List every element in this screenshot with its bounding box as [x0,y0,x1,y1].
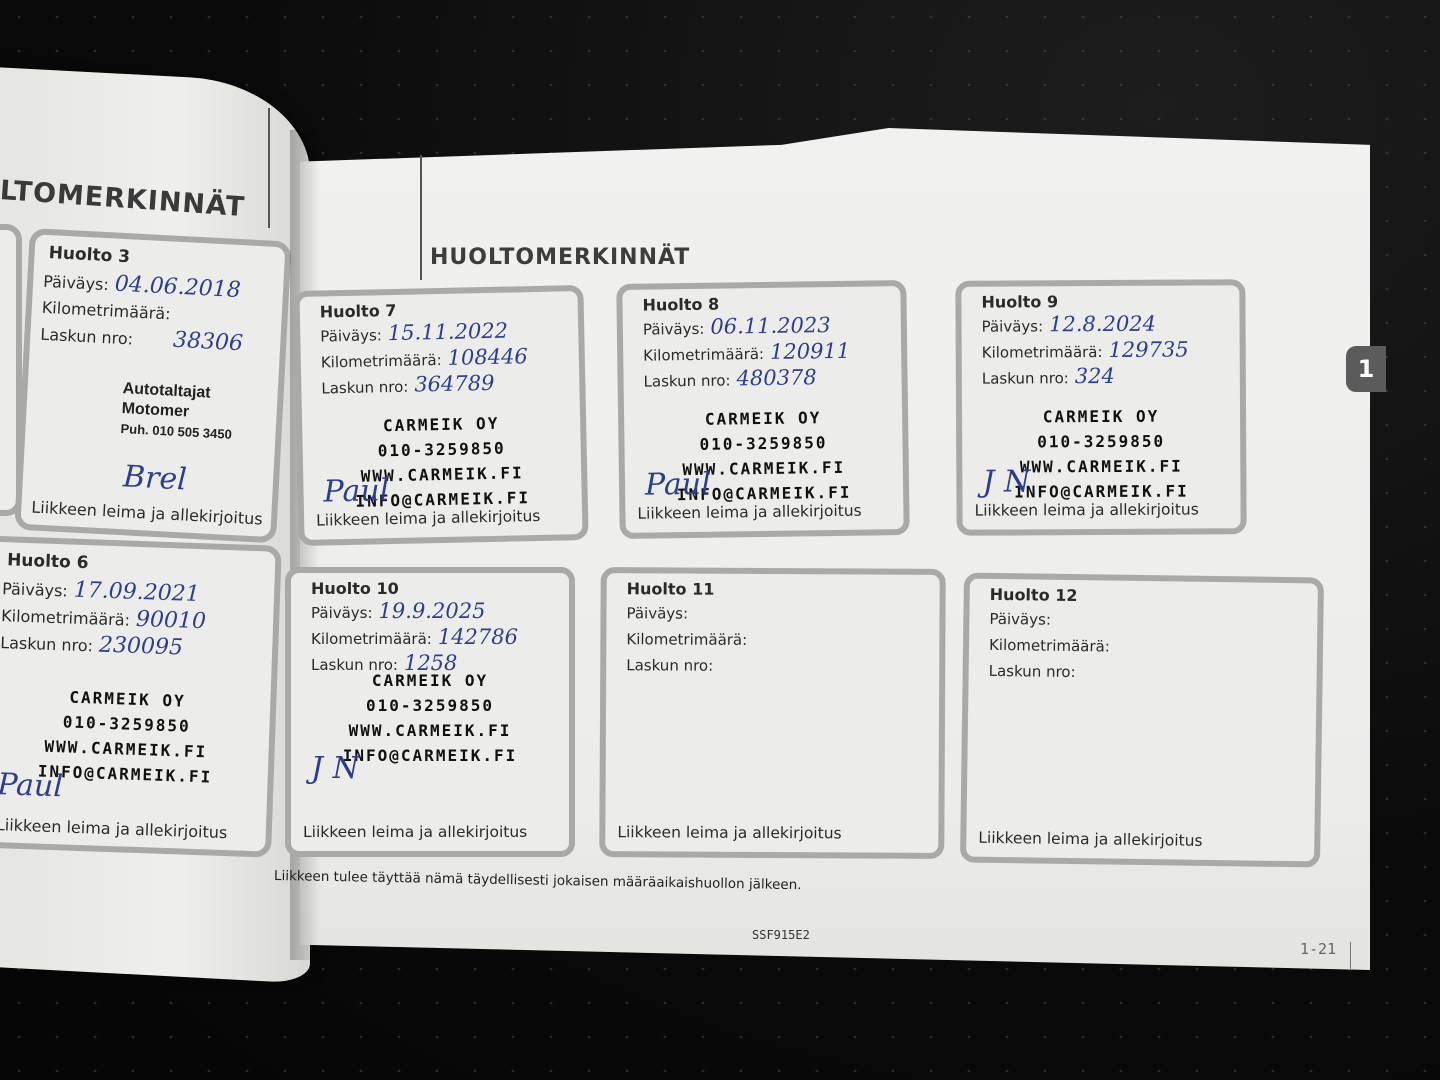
invoice-row: Laskun nro:480378 [643,365,901,393]
invoice-label: Laskun nro: [40,325,134,349]
date-label: Päiväys: [2,579,68,600]
card-footer: Liikkeen leima ja allekirjoitus [974,500,1198,519]
date-row: Päiväys: [626,600,939,626]
km-value: 38306 [172,328,243,357]
invoice-row: Laskun nro:324 [982,364,1240,389]
invoice-label: Laskun nro: [626,656,713,674]
card-title: Huolto 10 [311,579,569,598]
date-label: Päiväys: [989,610,1051,629]
km-value: 129735 [1108,338,1188,362]
date-label: Päiväys: [43,272,110,294]
card-footer: Liikkeen leima ja allekirjoitus [316,507,541,530]
km-label: Kilometrimäärä: [41,298,171,324]
service-card-huolto-7: Huolto 7 Päiväys:15.11.2022 Kilometrimää… [293,285,588,546]
card-footer: Liikkeen leima ja allekirjoitus [617,823,841,842]
date-row: Päiväys:06.11.2023 [643,313,901,341]
signature: J N [311,751,359,786]
invoice-label: Laskun nro: [989,662,1076,681]
invoice-row: Laskun nro:364789 [321,370,579,399]
invoice-value: 364789 [414,371,495,397]
card-title: Huolto 11 [627,579,940,600]
section-tab: 1 [1346,346,1386,392]
card-title: Huolto 6 [7,550,276,579]
km-label: Kilometrimäärä: [1,606,130,629]
date-label: Päiväys: [982,317,1044,335]
km-label: Kilometrimäärä: [643,345,764,365]
date-value: 17.09.2021 [73,578,200,607]
km-row: Kilometrimäärä:108446 [321,344,579,373]
left-heading-rule [268,108,270,228]
page-number: 1-21 [1300,940,1336,958]
invoice-label: Laskun nro: [982,369,1069,387]
stamp-line: CARMEIK OY [624,404,902,433]
date-value: 06.11.2023 [710,313,831,339]
date-label: Päiväys: [320,326,382,345]
date-row: Päiväys:15.11.2022 [320,318,578,347]
card-title: Huolto 8 [642,292,900,315]
stamp-line: WWW.CARMEIK.FI [291,718,569,743]
stamp-line: 010-3259850 [624,429,902,458]
km-label: Kilometrimäärä: [311,630,432,648]
km-row: Kilometrimäärä:120911 [643,339,901,367]
service-card-huolto-12: Huolto 12 Päiväys: Kilometrimäärä: Lasku… [960,573,1324,868]
km-value: 142786 [438,625,518,649]
signature: J N [982,464,1030,499]
right-page-heading: HUOLTOMERKINNÄT [430,245,690,270]
card-footer: Liikkeen leima ja allekirjoitus [978,829,1202,850]
stamp-line: CARMEIK OY [291,668,569,693]
service-card-huolto-9: Huolto 9 Päiväys:12.8.2024 Kilometrimäär… [955,279,1246,536]
service-card-huolto-8: Huolto 8 Päiväys:06.11.2023 Kilometrimää… [616,280,910,539]
date-value: 12.8.2024 [1049,312,1156,337]
date-label: Päiväys: [626,604,688,622]
km-value: 108446 [447,344,528,370]
date-label: Päiväys: [311,604,373,622]
date-value: 15.11.2022 [388,319,509,346]
workshop-stamp: CARMEIK OY 010-3259850 WWW.CARMEIK.FI IN… [37,684,215,790]
stamp-line: CARMEIK OY [962,403,1240,429]
km-value: 120911 [770,339,850,364]
signature: Paul [0,767,64,804]
km-label: Kilometrimäärä: [321,351,442,372]
card-title: Huolto 12 [990,585,1318,609]
km-label: Kilometrimäärä: [626,630,747,649]
invoice-value: 324 [1075,364,1115,388]
document-code: SSF915E2 [752,928,810,942]
service-card-huolto-3: Huolto 3 Päiväys:04.06.2018 Kilometrimää… [14,228,291,543]
date-row: Päiväys:19.9.2025 [311,600,569,624]
invoice-row: Laskun nro: [626,652,939,678]
date-row: Päiväys:12.8.2024 [982,312,1240,337]
card-title: Huolto 7 [320,297,578,321]
signature: Brel [122,459,187,497]
invoice-label: Laskun nro: [321,378,408,398]
page-number-rule [1350,942,1351,970]
service-card-huolto-11: Huolto 11 Päiväys: Kilometrimäärä: Lasku… [599,567,946,859]
invoice-row: Laskun nro: [989,658,1317,687]
km-row: Kilometrimäärä: [626,626,939,652]
date-row: Päiväys: [989,606,1317,635]
stamp-line: 010-3259850 [291,693,569,718]
date-value: 19.9.2025 [379,599,486,623]
workshop-stamp: Autotaltajat Motomer Puh. 010 505 3450 [120,379,234,445]
card-footer: Liikkeen leima ja allekirjoitus [0,815,228,842]
invoice-label: Laskun nro: [0,633,93,655]
invoice-value: 230095 [99,633,184,661]
right-heading-rule [420,155,422,280]
km-row: Kilometrimäärä:142786 [311,626,569,650]
service-card-huolto-6: Huolto 6 Päiväys:17.09.2021 Kilometrimää… [0,535,282,858]
stamp-line: 010-3259850 [962,428,1240,454]
signature: Paul [323,473,389,509]
km-row: Kilometrimäärä:129735 [982,338,1240,363]
card-title: Huolto 9 [981,291,1239,311]
signature: Paul [645,467,711,503]
invoice-value: 480378 [736,365,816,390]
date-value: 04.06.2018 [114,272,241,304]
card-footer: Liikkeen leima ja allekirjoitus [637,502,861,523]
card-footer: Liikkeen leima ja allekirjoitus [31,497,263,528]
invoice-label: Laskun nro: [643,371,730,390]
km-label: Kilometrimäärä: [989,636,1110,656]
km-row: Kilometrimäärä: [989,632,1317,661]
km-label: Kilometrimäärä: [982,343,1103,362]
service-card-huolto-10: Huolto 10 Päiväys:19.9.2025 Kilometrimää… [285,567,575,857]
km-value: 90010 [136,607,207,634]
card-footer: Liikkeen leima ja allekirjoitus [303,823,527,841]
date-label: Päiväys: [643,320,705,339]
